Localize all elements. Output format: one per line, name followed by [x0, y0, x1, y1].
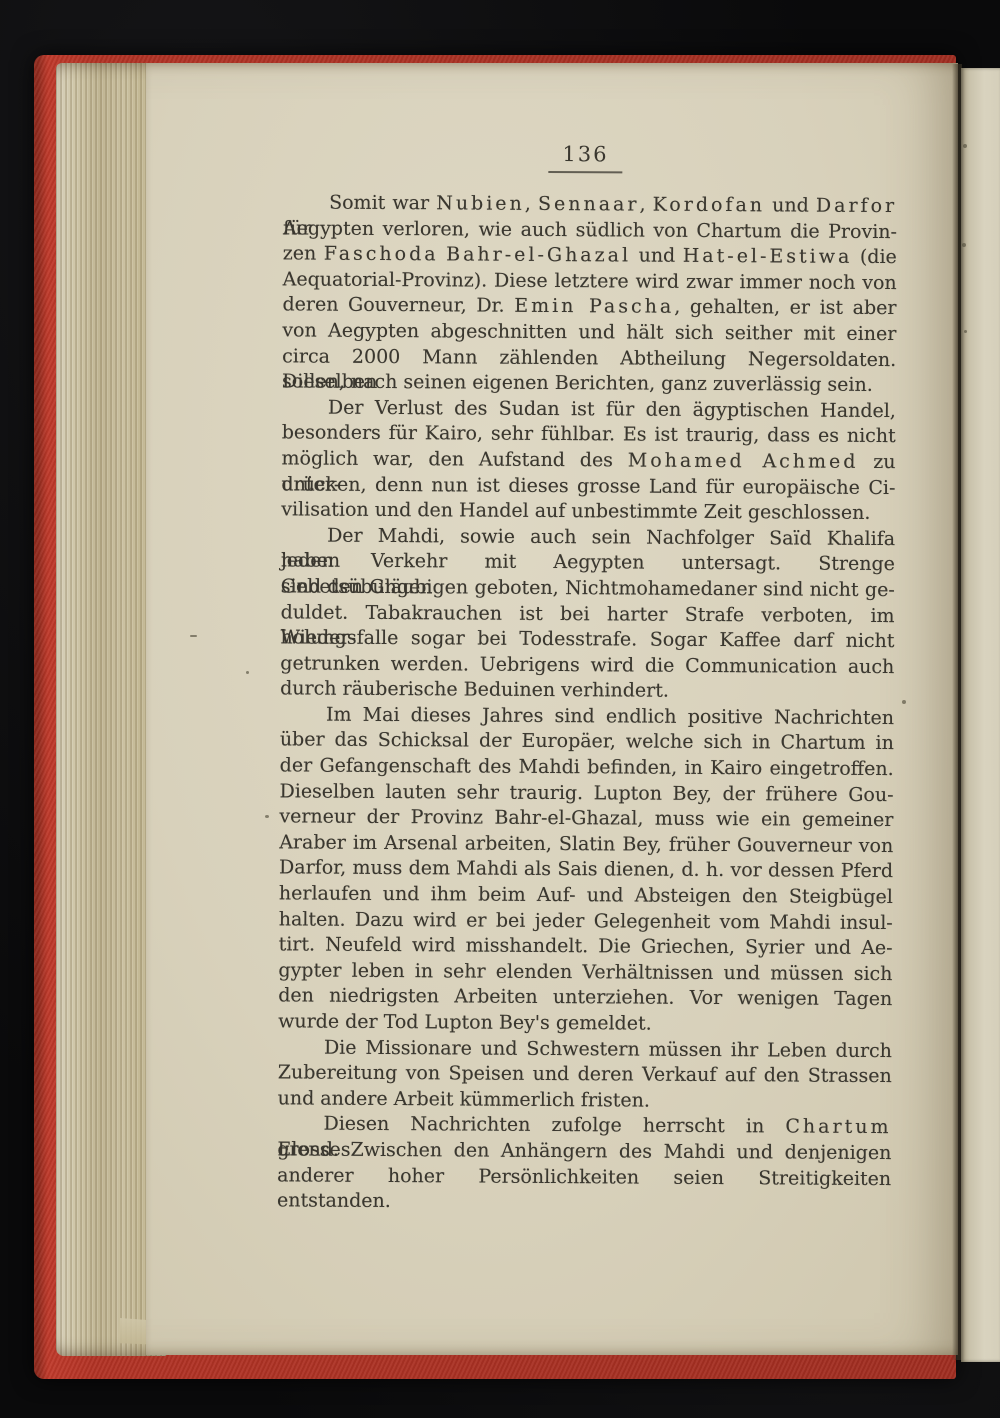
- text-line: gypter leben in sehr elenden Verhältniss…: [278, 958, 892, 987]
- text-line: Aequatorial-Provinz). Diese letztere wir…: [283, 267, 897, 296]
- paragraph: Der Mahdi, sowie auch sein Nachfolger Sa…: [280, 523, 895, 706]
- text-line: Araber im Arsenal arbeiten, Slatin Bey, …: [279, 830, 893, 859]
- paper-speck: [190, 635, 197, 637]
- text-line: jeden Verkehr mit Aegypten untersagt. St…: [281, 549, 895, 578]
- page-content: 136 Somit war Nubien, Sennaar, Kordofan …: [141, 61, 961, 1358]
- text-line: besonders für Kairo, sehr fühlbar. Es is…: [282, 421, 896, 450]
- text-line: Elend. Zwischen den Anhängern des Mahdi …: [277, 1137, 891, 1166]
- text-line: tirt. Neufeld wird misshandelt. Die Grie…: [279, 933, 893, 962]
- letterspaced-name: Chartum: [785, 1116, 891, 1139]
- text-line: duldet. Tabakrauchen ist bei harter Stra…: [281, 600, 895, 629]
- text-line: den niedrigsten Arbeiten unterziehen. Vo…: [278, 984, 892, 1013]
- letterspaced-name: Hat-el-Estiwa: [683, 245, 853, 268]
- text-line: Somit war Nubien, Sennaar, Kordofan und …: [283, 190, 897, 219]
- text-line: herlaufen und ihm beim Auf- und Absteige…: [279, 881, 893, 910]
- text-line: verneur der Provinz Bahr-el-Ghazal, muss…: [279, 805, 893, 834]
- paper-speck: [962, 243, 966, 247]
- text-line: holungsfalle sogar bei Todesstrafe. Soga…: [280, 625, 894, 654]
- facing-page-sliver: [961, 68, 1000, 1362]
- paragraph: Die Missionare und Schwestern müssen ihr…: [278, 1035, 892, 1116]
- paragraph: Der Verlust des Sudan ist für den ägypti…: [281, 395, 896, 527]
- text-line: halten. Dazu wird er bei jeder Gelegenhe…: [279, 907, 893, 936]
- letterspaced-name: Sennaar: [538, 193, 640, 216]
- paper-speck: [265, 815, 269, 818]
- text-line: Zubereitung von Speisen und deren Verkau…: [278, 1061, 892, 1090]
- text-line: durch räuberische Beduinen verhindert.: [280, 677, 894, 706]
- text-line: der Gefangenschaft des Mahdi befinden, i…: [280, 753, 894, 782]
- letterspaced-name: Darfor: [816, 195, 897, 217]
- letterspaced-name: Emin Pascha: [514, 295, 674, 318]
- text-line: Der Mahdi, sowie auch sein Nachfolger Sa…: [281, 523, 895, 552]
- letterspaced-name: Kordofan: [653, 194, 766, 217]
- book-page: 136 Somit war Nubien, Sennaar, Kordofan …: [146, 63, 958, 1355]
- letterspaced-name: Bahr-el-Ghazal: [446, 244, 631, 267]
- paragraph: Somit war Nubien, Sennaar, Kordofan und …: [282, 190, 897, 398]
- text-line: über das Schicksal der Europäer, welche …: [280, 728, 894, 757]
- letterspaced-name: Nubien: [436, 192, 525, 215]
- letterspaced-name: Mohamed Achmed: [628, 449, 859, 472]
- text-line: wurde der Tod Lupton Bey's gemeldet.: [278, 1009, 892, 1038]
- text-line: Die Missionare und Schwestern müssen ihr…: [278, 1035, 892, 1064]
- text-line: drücken, denn nun ist dieses grosse Land…: [281, 472, 895, 501]
- paper-speck: [964, 330, 967, 333]
- text-line: zen Faschoda Bahr-el-Ghazal und Hat-el-E…: [283, 242, 897, 271]
- paper-speck: [902, 700, 906, 704]
- text-line: Darfor, muss dem Mahdi als Sais dienen, …: [279, 856, 893, 885]
- letterspaced-name: Faschoda: [324, 243, 439, 266]
- text-line: circa 2000 Mann zählenden Abtheilung Neg…: [282, 344, 896, 373]
- text-line: und andere Arbeit kümmerlich fristen.: [278, 1086, 892, 1115]
- text-line: Diesen Nachrichten zufolge herrscht in C…: [277, 1112, 891, 1141]
- text-line: deren Gouverneur, Dr. Emin Pascha, gehal…: [282, 293, 896, 322]
- text-line: von Aegypten abgeschnitten und hält sich…: [282, 318, 896, 347]
- paragraph: Im Mai dieses Jahres sind endlich positi…: [278, 702, 894, 1038]
- page-number-rule: [548, 171, 622, 173]
- text-line: Im Mai dieses Jahres sind endlich positi…: [280, 702, 894, 731]
- text-line: Dieselben lauten sehr traurig. Lupton Be…: [279, 779, 893, 808]
- text-line: vilisation und den Handel auf unbestimmt…: [281, 497, 895, 526]
- page-number: 136: [547, 141, 623, 171]
- paper-speck: [246, 671, 249, 674]
- text-line: getrunken werden. Uebrigens wird die Com…: [280, 651, 894, 680]
- text-line: sind den Gläubigen geboten, Nichtmohamed…: [281, 574, 895, 603]
- text-block: Somit war Nubien, Sennaar, Kordofan und …: [277, 190, 897, 1192]
- text-line: Aegypten verloren, wie auch südlich von …: [283, 216, 897, 245]
- text-line: sollen, nach seinen eigenen Berichten, g…: [282, 370, 896, 399]
- text-line: anderer hoher Persönlichkeiten seien Str…: [277, 1163, 891, 1192]
- page-number-block: 136: [547, 141, 623, 173]
- text-line: Der Verlust des Sudan ist für den ägypti…: [282, 395, 896, 424]
- paragraph: Diesen Nachrichten zufolge herrscht in C…: [277, 1112, 891, 1193]
- text-line: möglich war, den Aufstand des Mohamed Ac…: [281, 446, 895, 475]
- paper-speck: [963, 144, 967, 148]
